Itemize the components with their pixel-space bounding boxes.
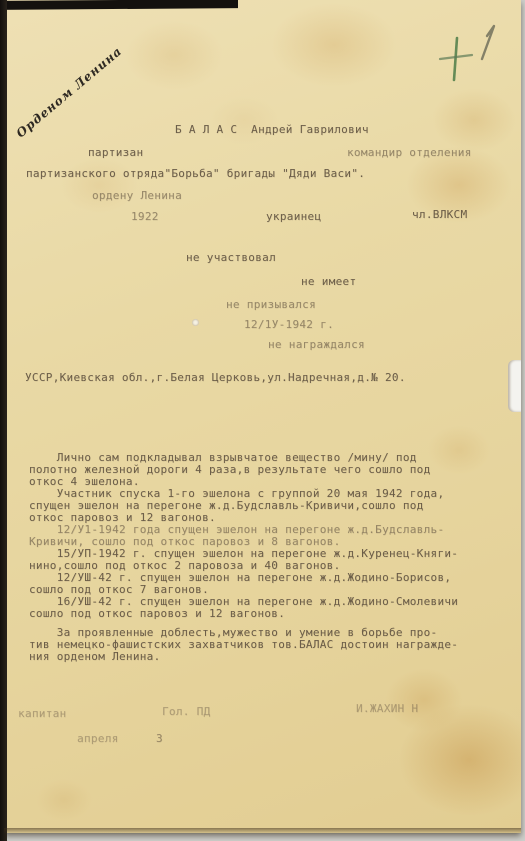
document-page: Орденом Ленина Б А Л А С Андрей Гаврилов… [4, 0, 521, 833]
citation-paragraph: 16/УШ-42 г. спущен эшелон на перегоне ж.… [29, 596, 511, 620]
punch-hole [192, 319, 199, 326]
party-status: чл.ВЛКСМ [412, 209, 467, 221]
nationality: украинец [266, 211, 321, 223]
signer-org: Гол. ПД [162, 706, 210, 718]
scan-edge-left [0, 0, 7, 841]
signature-name: И.ЖАХИН Н [356, 703, 418, 715]
torn-edge [508, 360, 521, 412]
citation-paragraph: Участник спуска 1-го эшелона с группой 2… [29, 488, 511, 524]
scan-background: Орденом Ленина Б А Л А С Андрей Гаврилов… [0, 0, 525, 841]
recipient-rank: партизан [88, 147, 143, 159]
unit-line: партизанского отряда"Борьба" бригады "Дя… [26, 168, 365, 180]
recipient-name: Б А Л А С Андрей Гаврилович [175, 124, 369, 136]
citation-conclusion: За проявленные доблесть,мужество и умени… [29, 627, 511, 663]
field-wounds: не имеет [301, 276, 356, 288]
signer-rank: капитан [18, 708, 66, 720]
pencil-plus-one-mark [424, 14, 514, 89]
scan-edge-top [0, 0, 238, 10]
citation-paragraph: 12/УШ-42 г. спущен эшелон на перегоне ж.… [29, 572, 511, 596]
address-line: УССР,Киевская обл.,г.Белая Церковь,ул.На… [25, 372, 406, 384]
citation-paragraph: Лично сам подкладывал взрывчатое веществ… [29, 452, 511, 488]
field-participation: не участвовал [186, 252, 276, 264]
field-prior-awards: не награждался [268, 339, 365, 351]
award-stamp-handwritten: Орденом Ленина [14, 44, 125, 140]
recommended-award: ордену Ленина [92, 190, 182, 202]
birth-year: 1922 [131, 211, 159, 223]
date-month: апреля [77, 733, 119, 745]
field-draft: не призывался [226, 299, 316, 311]
date-day: 3 [156, 733, 163, 745]
citation-paragraph: 15/УП-1942 г. спущен эшелон на перегоне … [29, 548, 511, 572]
field-service-date: 12/1У-1942 г. [244, 319, 334, 331]
citation-body: Лично сам подкладывал взрывчатое веществ… [29, 452, 511, 663]
paper-bottom-shadow [4, 828, 521, 834]
recipient-position: командир отделения [347, 147, 472, 159]
citation-paragraph: 12/У1-1942 года спущен эшелон на перегон… [29, 524, 511, 548]
